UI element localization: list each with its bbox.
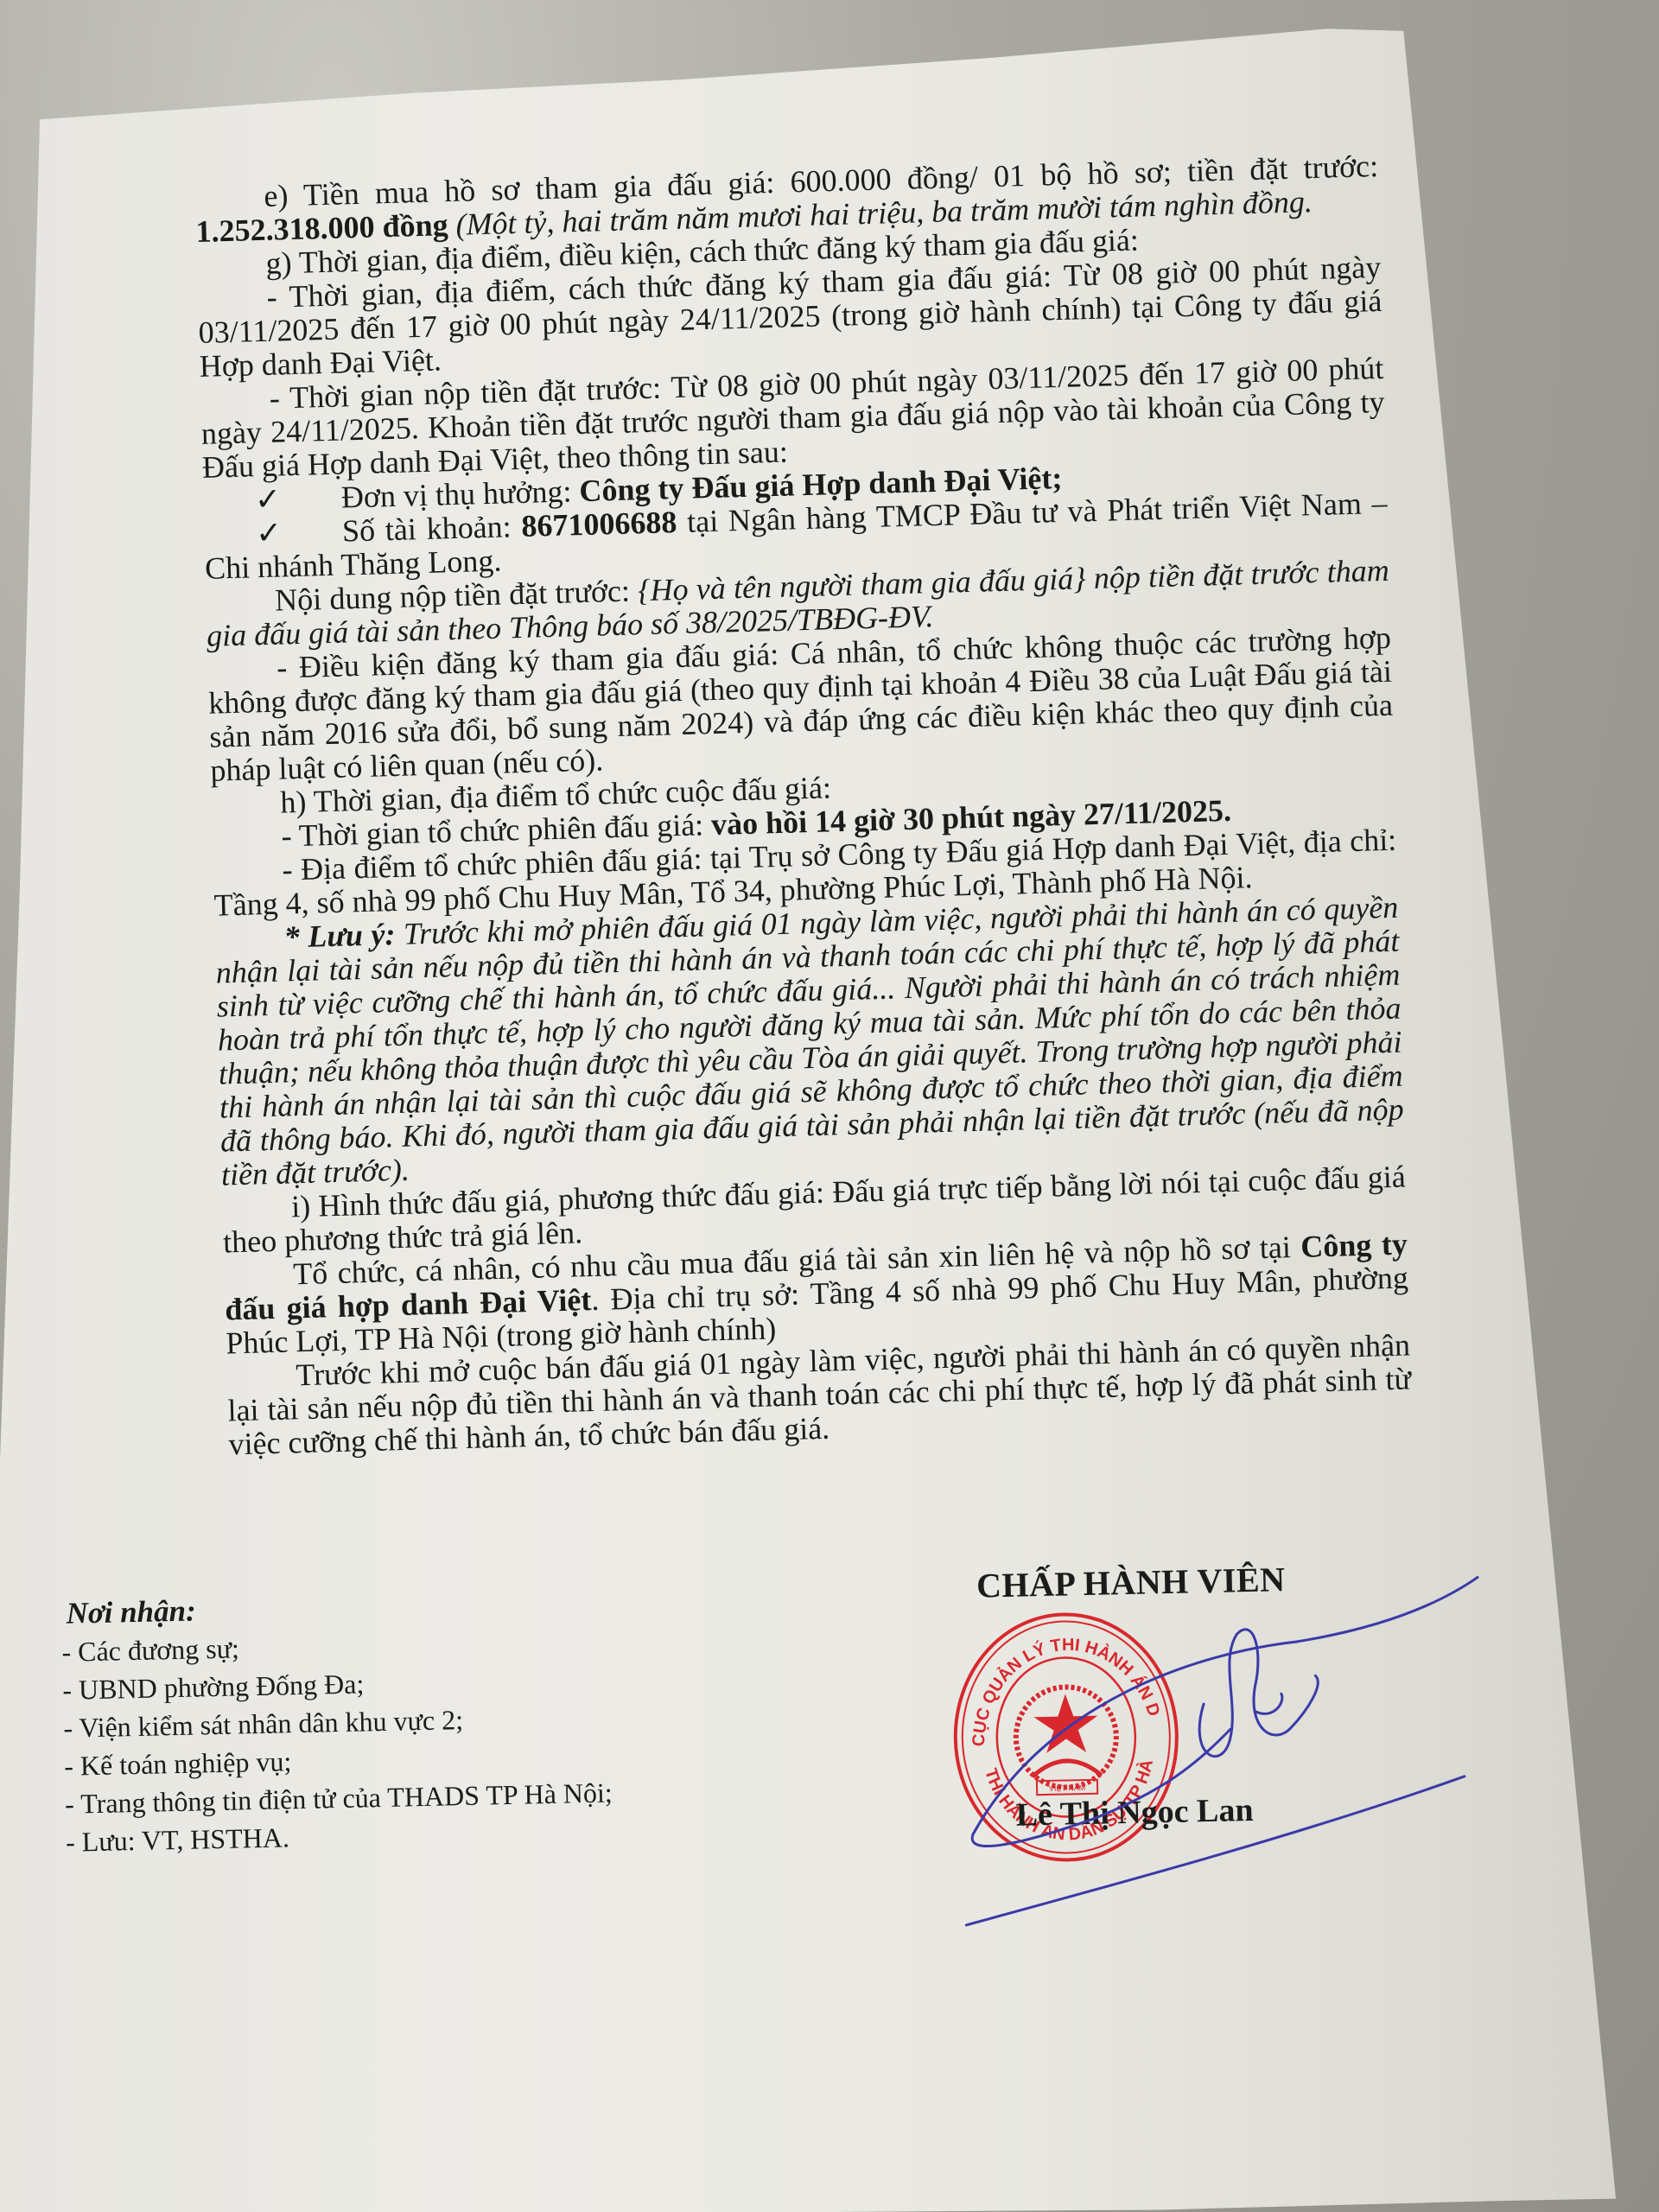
check-icon: ✓ <box>202 481 341 518</box>
document-footer: Nơi nhận: - Các đương sự; - UBND phường … <box>52 1559 1530 2073</box>
note-paragraph: * Lưu ý: Trước khi mở phiên đấu giá 01 n… <box>214 891 1405 1192</box>
handwritten-signature-icon <box>942 1551 1503 1942</box>
note-label: * Lưu ý: <box>283 917 396 954</box>
account-label: Số tài khoản: <box>341 509 521 549</box>
notice-body: e) Tiền mua hồ sơ tham gia đấu giá: 600.… <box>194 149 1413 1462</box>
recipients-block: Nơi nhận: - Các đương sự; - UBND phường … <box>60 1584 613 1861</box>
account-number: 8671006688 <box>521 505 677 543</box>
check-icon: ✓ <box>204 515 343 552</box>
